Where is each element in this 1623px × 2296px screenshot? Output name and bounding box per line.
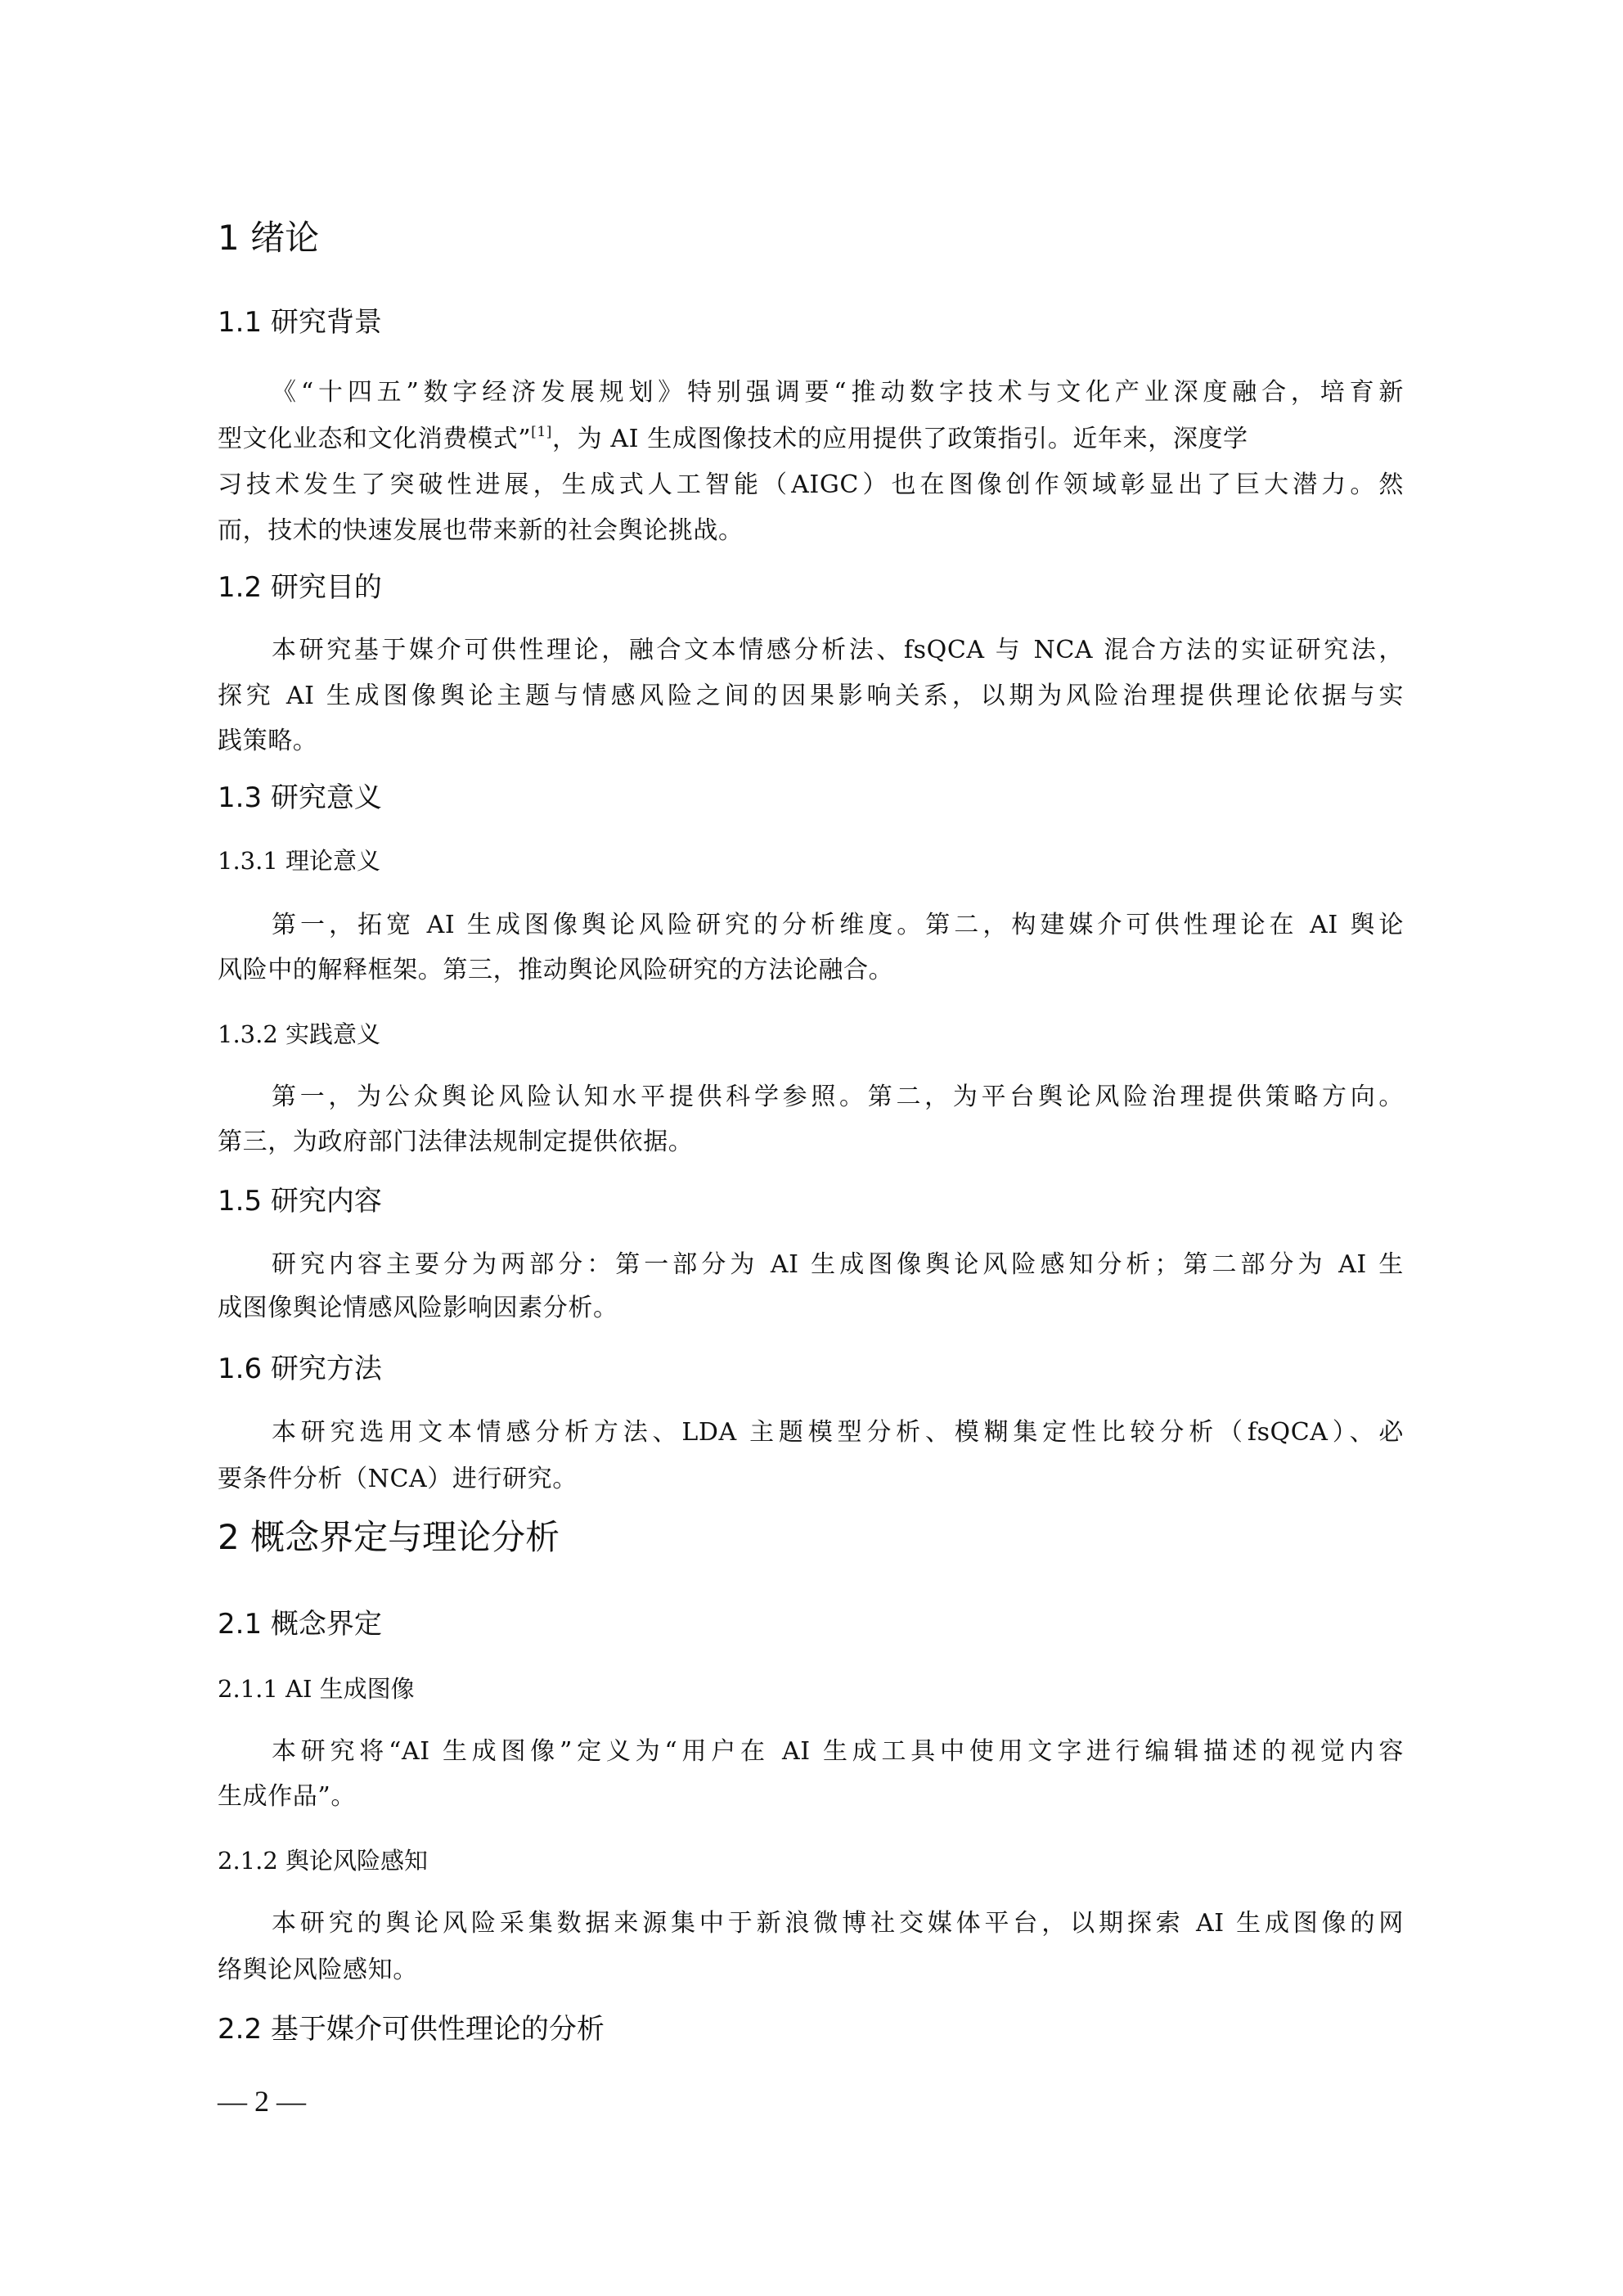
paragraph-line: 本研究将“AI 生成图像”定义为“用户在 AI 生成工具中使用文字进行编辑描述的…	[272, 1740, 1404, 1764]
subsection-heading-2-1-2: 2.1.2 舆论风险感知	[218, 1849, 428, 1873]
page-number: — 2 —	[218, 2084, 306, 2118]
subsection-heading-1-3-2: 1.3.2 实践意义	[218, 1023, 380, 1047]
paragraph-line: 本研究的舆论风险采集数据来源集中于新浪微博社交媒体平台，以期探索 AI 生成图像…	[272, 1911, 1404, 1936]
paragraph-line: 《“十四五”数字经济发展规划》特别强调要“推动数字技术与文化产业深度融合，培育新	[272, 380, 1404, 405]
paragraph-line: 生成作品”。	[218, 1785, 356, 1809]
paragraph-line: 成图像舆论情感风险影响因素分析。	[218, 1296, 618, 1321]
paragraph-line: 践策略。	[218, 729, 317, 754]
section-heading-2-2: 2.2 基于媒介可供性理论的分析	[218, 2015, 605, 2043]
paragraph-line: 本研究基于媒介可供性理论，融合文本情感分析法、fsQCA 与 NCA 混合方法的…	[272, 638, 1404, 663]
paragraph-line: 要条件分析（NCA）进行研究。	[218, 1467, 578, 1492]
paragraph-line: 络舆论风险感知。	[218, 1958, 418, 1983]
chapter-heading-1: 1 绪论	[218, 221, 319, 255]
paragraph-line: 第一，拓宽 AI 生成图像舆论风险研究的分析维度。第二，构建媒介可供性理论在 A…	[272, 913, 1404, 938]
section-heading-1-5: 1.5 研究内容	[218, 1187, 382, 1215]
section-heading-1-6: 1.6 研究方法	[218, 1355, 382, 1383]
paragraph-line: 型文化业态和文化消费模式”[1]，为 AI 生成图像技术的应用提供了政策指引。近…	[218, 427, 1248, 452]
section-heading-2-1: 2.1 概念界定	[218, 1610, 382, 1638]
paragraph-line: 探究 AI 生成图像舆论主题与情感风险之间的因果影响关系，以期为风险治理提供理论…	[218, 684, 1404, 709]
paragraph-line: 第一，为公众舆论风险认知水平提供科学参照。第二，为平台舆论风险治理提供策略方向。	[272, 1085, 1404, 1110]
subsection-heading-1-3-1: 1.3.1 理论意义	[218, 849, 380, 873]
paragraph-text: 型文化业态和文化消费模式”	[218, 425, 531, 453]
paragraph-line: 习技术发生了突破性进展，生成式人工智能（AIGC）也在图像创作领域彰显出了巨大潜…	[218, 473, 1404, 497]
subsection-heading-2-1-1: 2.1.1 AI 生成图像	[218, 1677, 415, 1701]
section-heading-1-3: 1.3 研究意义	[218, 784, 382, 812]
section-heading-1-2: 1.2 研究目的	[218, 574, 382, 601]
paragraph-line: 而，技术的快速发展也带来新的社会舆论挑战。	[218, 519, 744, 543]
paragraph-line: 第三，为政府部门法律法规制定提供依据。	[218, 1130, 693, 1155]
section-heading-1-1: 1.1 研究背景	[218, 308, 382, 336]
paragraph-line: 风险中的解释框架。第三，推动舆论风险研究的方法论融合。	[218, 958, 893, 983]
citation-ref[interactable]: [1]	[531, 424, 552, 440]
paragraph-line: 研究内容主要分为两部分：第一部分为 AI 生成图像舆论风险感知分析；第二部分为 …	[272, 1253, 1404, 1277]
chapter-heading-2: 2 概念界定与理论分析	[218, 1520, 560, 1555]
paragraph-text: ，为 AI 生成图像技术的应用提供了政策指引。近年来，深度学	[552, 425, 1248, 453]
document-page: 1 绪论 1.1 研究背景 《“十四五”数字经济发展规划》特别强调要“推动数字技…	[0, 0, 1623, 2296]
paragraph-line: 本研究选用文本情感分析方法、LDA 主题模型分析、模糊集定性比较分析（fsQCA…	[272, 1420, 1404, 1445]
